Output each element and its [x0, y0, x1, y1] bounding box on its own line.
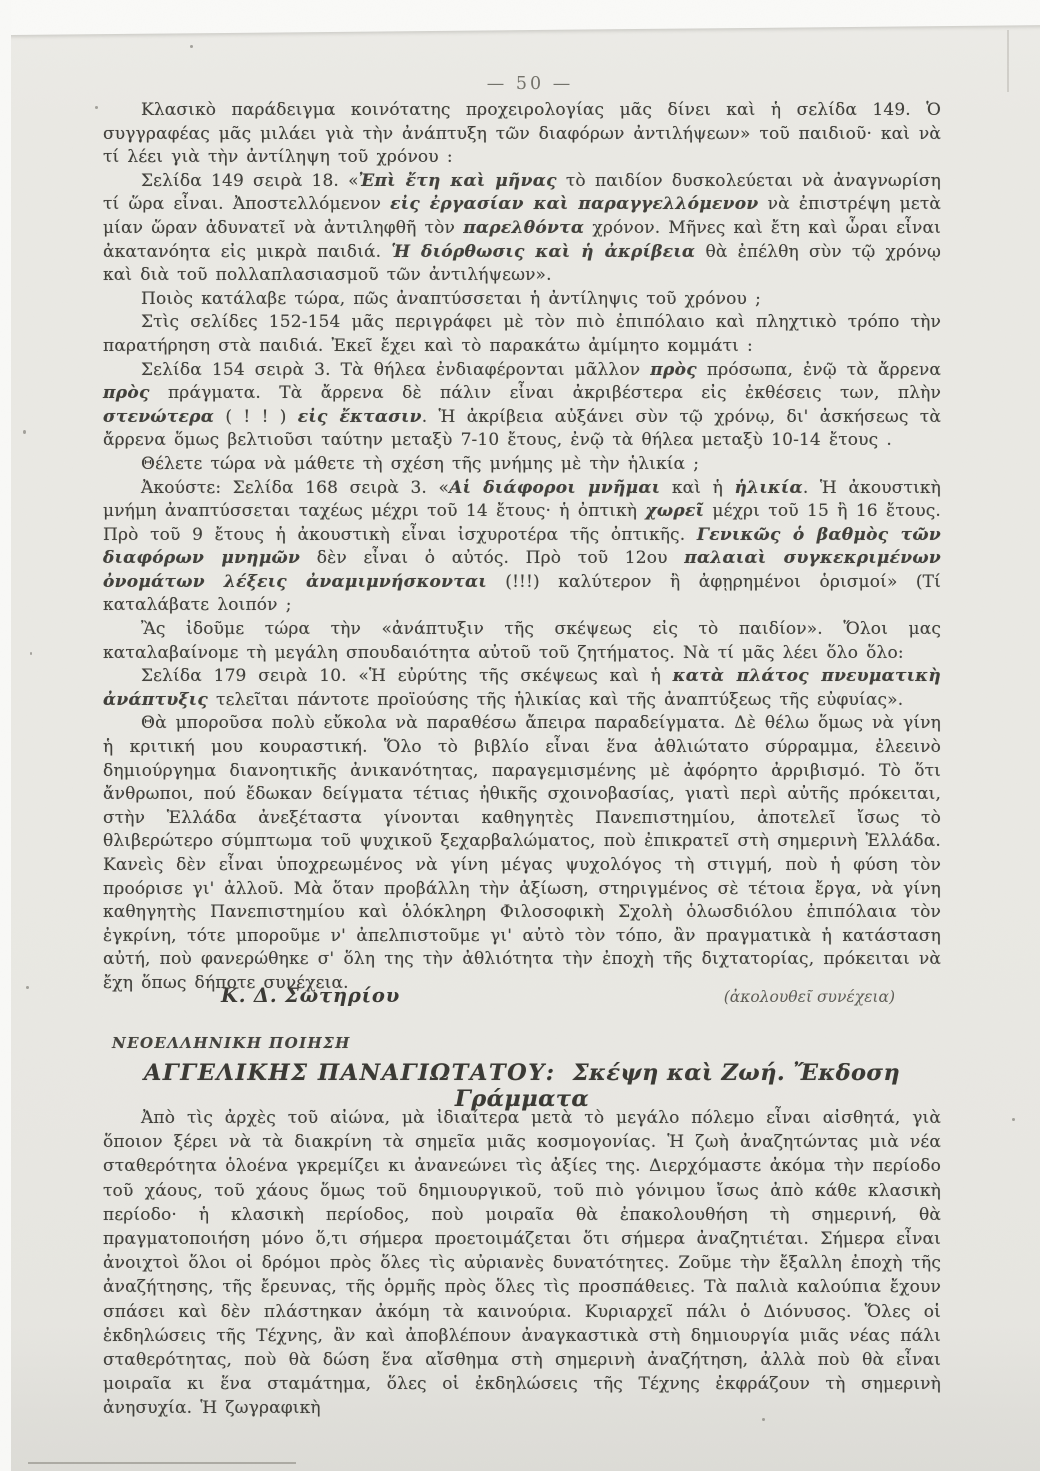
- text-run: Σελίδα 179 σειρὰ 10. «Ἡ εὐρύτης τῆς σκέψ…: [141, 666, 673, 686]
- text-run: καὶ ἡ: [660, 478, 734, 498]
- review-author: ΑΓΓΕΛΙΚΗΣ ΠΑΝΑΓΙΩΤΑΤΟΥ:: [144, 1060, 556, 1086]
- emphasized-text: πρὸς: [103, 383, 150, 403]
- paragraph: Ἀπὸ τὶς ἀρχὲς τοῦ αἰώνα, μὰ ἰδιαίτερα με…: [103, 1106, 941, 1421]
- text-run: Ἀκούστε: Σελίδα 168 σειρὰ 3. «: [141, 478, 449, 498]
- scan-bottom-line: [28, 1462, 296, 1464]
- scan-speck: [190, 45, 193, 48]
- paragraph: Ποιὸς κατάλαβε τώρα, πῶς ἀναπτύσσεται ἡ …: [103, 288, 941, 312]
- scan-speck: [30, 652, 32, 655]
- text-run: δὲν εἶναι ὁ αὐτός. Πρὸ τοῦ 12ου: [300, 548, 684, 568]
- text-run: Σελίδα 149 σειρὰ 18. «: [141, 171, 359, 191]
- scan-speck: [95, 106, 98, 109]
- text-run: τελεῖται πάντοτε προϊούσης τῆς ἡλικίας κ…: [208, 690, 903, 710]
- paragraph: Σελίδα 179 σειρὰ 10. «Ἡ εὐρύτης τῆς σκέψ…: [103, 665, 941, 712]
- article-critique: Κλασικὸ παράδειγμα κοινότατης προχειρολο…: [103, 99, 941, 996]
- emphasized-text: εἰς ἐργασίαν καὶ παραγγελλόμενον: [390, 194, 758, 214]
- paragraph: Ἀκούστε: Σελίδα 168 σειρὰ 3. «Αἱ διάφορο…: [103, 477, 941, 619]
- paragraph: Θὰ μποροῦσα πολὺ εὔκολα νὰ παραθέσω ἄπει…: [103, 712, 941, 995]
- text-run: Θέλετε τώρα νὰ μάθετε τὴ σχέση τῆς μνήμη…: [141, 454, 699, 474]
- paragraph: Στὶς σελίδες 152-154 μᾶς περιγράφει μὲ τ…: [103, 311, 941, 358]
- text-run: Σελίδα 154 σειρὰ 3. Τὰ θήλεα ἐνδιαφέροντ…: [141, 360, 650, 380]
- scan-speck: [1012, 1118, 1015, 1121]
- text-run: Ἀπὸ τὶς ἀρχὲς τοῦ αἰώνα, μὰ ἰδιαίτερα με…: [103, 1108, 941, 1418]
- emphasized-text: παρελθόντα: [463, 218, 584, 238]
- paragraph: Θέλετε τώρα νὰ μάθετε τὴ σχέση τῆς μνήμη…: [103, 453, 941, 477]
- section-label: ΝΕΟΕΛΛΗΝΙΚΗ ΠΟΙΗΣΗ: [112, 1034, 351, 1052]
- text-run: πράγματα. Τὰ ἄρρενα δὲ πάλιν εἶναι ἀκριβ…: [150, 383, 941, 403]
- paragraph: Κλασικὸ παράδειγμα κοινότατης προχειρολο…: [103, 99, 941, 170]
- text-run: Κλασικὸ παράδειγμα κοινότατης προχειρολο…: [103, 100, 941, 167]
- continuation-note: (ἀκολουθεῖ συνέχεια): [724, 988, 895, 1006]
- paragraph: Σελίδα 149 σειρὰ 18. «Ἐπὶ ἔτη καὶ μῆνας …: [103, 170, 941, 288]
- emphasized-text: χωρεῖ: [645, 501, 704, 521]
- article-review: Ἀπὸ τὶς ἀρχὲς τοῦ αἰώνα, μὰ ἰδιαίτερα με…: [103, 1106, 941, 1421]
- text-run: Στὶς σελίδες 152-154 μᾶς περιγράφει μὲ τ…: [103, 312, 941, 356]
- text-run: ( ! ! ): [214, 407, 298, 427]
- emphasized-text: πρὸς: [650, 360, 697, 380]
- scan-speck: [26, 986, 29, 989]
- emphasized-text: στενώτερα: [103, 407, 214, 427]
- paragraph: Σελίδα 154 σειρὰ 3. Τὰ θήλεα ἐνδιαφέροντ…: [103, 359, 941, 453]
- paragraph: Ἂς ἰδοῦμε τώρα τὴν «ἀνάπτυξιν τῆς σκέψεω…: [103, 618, 941, 665]
- text-run: Θὰ μποροῦσα πολὺ εὔκολα νὰ παραθέσω ἄπει…: [103, 713, 941, 993]
- emphasized-text: Ἡ διόρθωσις καὶ ἡ ἀκρίβεια: [391, 242, 695, 262]
- scan-left-edge: [0, 0, 11, 1471]
- emphasized-text: Αἱ διάφοροι μνῆμαι: [449, 478, 660, 498]
- text-run: Ποιὸς κατάλαβε τώρα, πῶς ἀναπτύσσεται ἡ …: [141, 289, 761, 309]
- page-number: — 50 —: [20, 74, 1040, 94]
- byline: Κ. Δ. Σωτηρίου (ἀκολουθεῖ συνέχεια): [103, 984, 941, 1007]
- text-run: Ἂς ἰδοῦμε τώρα τὴν «ἀνάπτυξιν τῆς σκέψεω…: [103, 619, 941, 663]
- review-heading: ΑΓΓΕΛΙΚΗΣ ΠΑΝΑΓΙΩΤΑΤΟΥ: Σκέψη καὶ Ζωή. Ἔ…: [103, 1060, 941, 1112]
- emphasized-text: Ἐπὶ ἔτη καὶ μῆνας: [359, 171, 557, 191]
- emphasized-text: ἡλικία: [734, 478, 802, 498]
- emphasized-text: εἰς ἔκτασιν: [298, 407, 422, 427]
- scan-speck: [23, 430, 26, 434]
- author-signature: Κ. Δ. Σωτηρίου: [221, 984, 400, 1007]
- text-run: πρόσωπα, ἐνῷ τὰ ἄρρενα: [697, 360, 941, 380]
